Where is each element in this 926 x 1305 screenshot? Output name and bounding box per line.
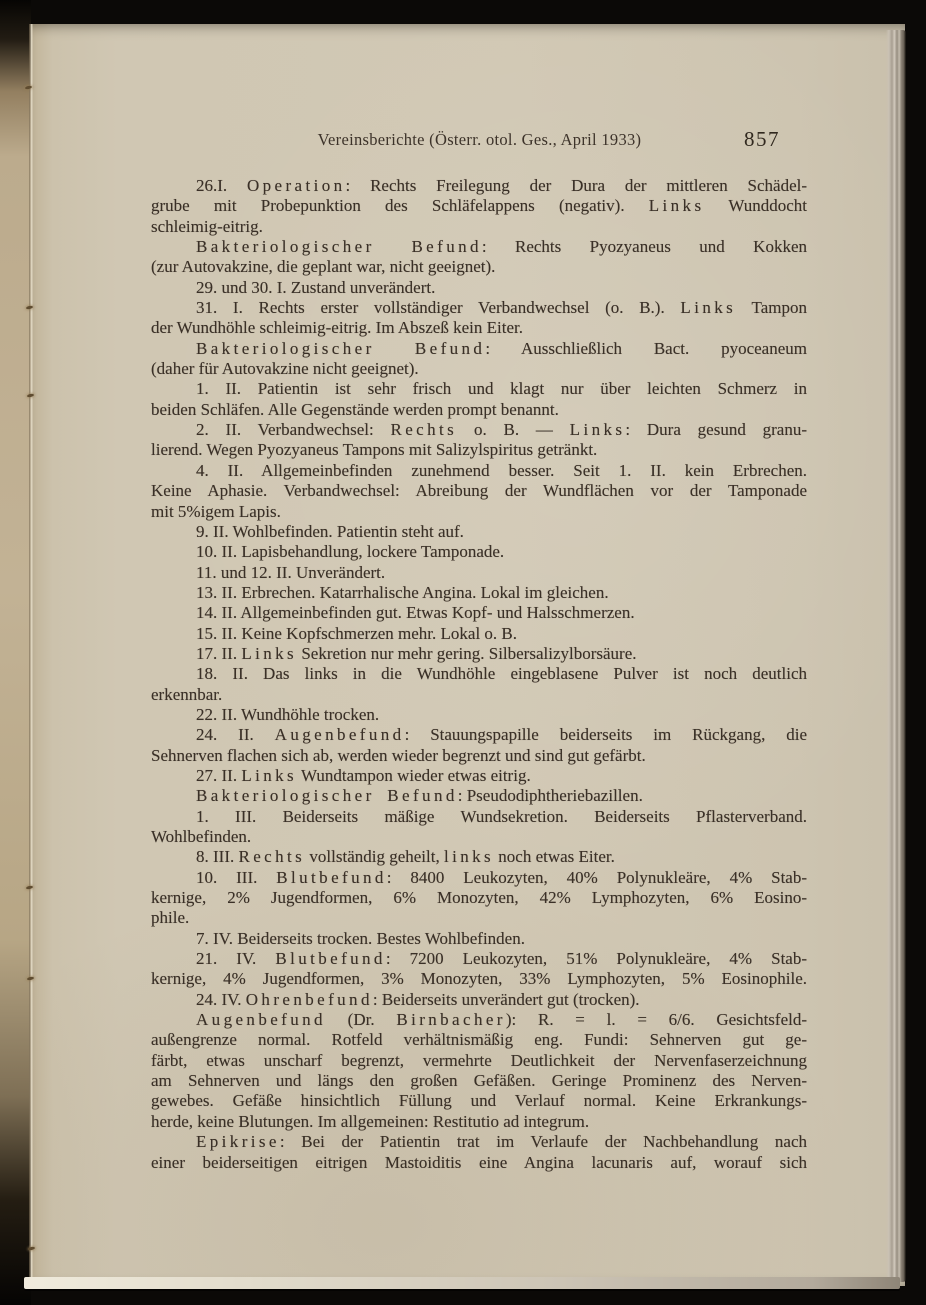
text-line: kernige, 4% Jugendformen, 3% Monozyten, … xyxy=(151,969,807,989)
text-line: beiden Schläfen. Alle Gegenstände werden… xyxy=(151,400,807,420)
text-line: 7. IV. Beiderseits trocken. Bestes Wohlb… xyxy=(151,929,807,949)
binding-crease xyxy=(29,24,33,1286)
letterspaced-text-segment: Links xyxy=(241,766,297,785)
text-segment: Sekretion nur mehr gering. Silbersalizyl… xyxy=(297,644,636,663)
text-line: 1. II. Patientin ist sehr frisch und kla… xyxy=(151,379,807,399)
text-segment: 2. II. Verbandwechsel: xyxy=(196,420,391,439)
text-segment: noch etwas Eiter. xyxy=(494,847,615,866)
text-segment: vollständig geheilt, xyxy=(305,847,444,866)
page-header: Vereinsberichte (Österr. otol. Ges., Apr… xyxy=(151,130,808,154)
text-line: 1. III. Beiderseits mäßige Wundsekretion… xyxy=(151,807,807,827)
letterspaced-text-segment: Augenbefund xyxy=(196,1010,326,1029)
text-segment: 8. III. xyxy=(196,847,238,866)
text-line: Keine Aphasie. Verbandwechsel: Abreibung… xyxy=(151,481,807,501)
letterspaced-text-segment: Links xyxy=(680,298,736,317)
text-segment: : 7200 Leukozyten, 51% Polynukleäre, 4% … xyxy=(386,949,807,968)
letterspaced-text-segment: Blutbefund xyxy=(276,868,387,887)
text-segment: 24. IV. xyxy=(196,990,246,1009)
text-segment: : Dura gesund granu- xyxy=(625,420,807,439)
text-segment: schleimig-eitrig. xyxy=(151,217,263,236)
running-title: Vereinsberichte (Österr. otol. Ges., Apr… xyxy=(151,130,808,150)
text-segment: lierend. Wegen Pyozyaneus Tampons mit Sa… xyxy=(151,440,597,459)
letterspaced-text-segment: Ohrenbefund xyxy=(246,990,373,1009)
text-line: 8. III. Rechts vollständig geheilt, link… xyxy=(151,847,807,867)
text-segment: Wohlbefinden. xyxy=(151,827,251,846)
letterspaced-text-segment: Links xyxy=(241,644,297,663)
text-segment: 22. II. Wundhöhle trocken. xyxy=(196,705,379,724)
text-line: 29. und 30. I. Zustand unverändert. xyxy=(151,278,807,298)
letterspaced-text-segment: Bakteriologischer Befund xyxy=(196,786,458,805)
page-bottom-edge xyxy=(24,1277,900,1289)
letterspaced-text-segment: Blutbefund xyxy=(275,949,386,968)
text-line: Bakteriologischer Befund: Pseudodiphther… xyxy=(151,786,807,806)
text-line: 13. II. Erbrechen. Katarrhalische Angina… xyxy=(151,583,807,603)
text-line: gewebes. Gefäße hinsichtlich Füllung und… xyxy=(151,1091,807,1111)
text-segment: Sehnerven flachen sich ab, werden wieder… xyxy=(151,746,646,765)
letterspaced-text-segment: Rechts xyxy=(238,847,305,866)
text-segment: beiden Schläfen. Alle Gegenstände werden… xyxy=(151,400,559,419)
text-segment: gewebes. Gefäße hinsichtlich Füllung und… xyxy=(151,1091,807,1110)
text-line: 22. II. Wundhöhle trocken. xyxy=(151,705,807,725)
text-segment: mit 5%igem Lapis. xyxy=(151,502,281,521)
text-line: Epikrise: Bei der Patientin trat im Verl… xyxy=(151,1132,807,1152)
page-edge-stack xyxy=(886,30,906,1282)
text-segment: phile. xyxy=(151,908,189,927)
text-line: kernige, 2% Jugendformen, 6% Monozyten, … xyxy=(151,888,807,908)
text-line: (zur Autovakzine, die geplant war, nicht… xyxy=(151,257,807,277)
text-segment: (zur Autovakzine, die geplant war, nicht… xyxy=(151,257,495,276)
letterspaced-text-segment: Epikrise xyxy=(196,1132,280,1151)
text-segment: : Pseudodiphtheriebazillen. xyxy=(458,786,643,805)
text-line: 31. I. Rechts erster vollständiger Verba… xyxy=(151,298,807,318)
text-line: 21. IV. Blutbefund: 7200 Leukozyten, 51%… xyxy=(151,949,807,969)
text-line: einer beiderseitigen eitrigen Mastoiditi… xyxy=(151,1153,807,1173)
text-segment: Keine Aphasie. Verbandwechsel: Abreibung… xyxy=(151,481,807,500)
text-line: 24. IV. Ohrenbefund: Beiderseits unverän… xyxy=(151,990,807,1010)
text-segment: am Sehnerven und längs den großen Gefäße… xyxy=(151,1071,807,1090)
text-line: färbt, etwas unscharf begrenzt, vermehrt… xyxy=(151,1051,807,1071)
text-line: 15. II. Keine Kopfschmerzen mehr. Lokal … xyxy=(151,624,807,644)
text-line: Wohlbefinden. xyxy=(151,827,807,847)
text-line: Bakteriologischer Befund: Ausschließlich… xyxy=(151,339,807,359)
text-line: Sehnerven flachen sich ab, werden wieder… xyxy=(151,746,807,766)
text-segment: 27. II. xyxy=(196,766,241,785)
letterspaced-text-segment: Birnbacher xyxy=(396,1010,506,1029)
text-segment: 29. und 30. I. Zustand unverändert. xyxy=(196,278,435,297)
text-segment: 26.I. xyxy=(196,176,247,195)
text-segment: 1. II. Patientin ist sehr frisch und kla… xyxy=(196,379,807,398)
text-segment: 10. II. Lapisbehandlung, lockere Tampona… xyxy=(196,542,504,561)
text-segment: der Wundhöhle schleimig-eitrig. Im Absze… xyxy=(151,318,523,337)
text-segment: : 8400 Leukozyten, 40% Polynukleäre, 4% … xyxy=(387,868,807,887)
text-line: 10. II. Lapisbehandlung, lockere Tampona… xyxy=(151,542,807,562)
text-line: 17. II. Links Sekretion nur mehr gering.… xyxy=(151,644,807,664)
text-segment: 10. III. xyxy=(196,868,276,887)
text-line: Augenbefund (Dr. Birnbacher): R. = l. = … xyxy=(151,1010,807,1030)
letterspaced-text-segment: Links xyxy=(649,196,705,215)
text-line: herde, keine Blutungen. Im allgemeinen: … xyxy=(151,1112,807,1132)
letterspaced-text-segment: Rechts xyxy=(391,420,458,439)
text-line: außengrenze normal. Rotfeld verhältnismä… xyxy=(151,1030,807,1050)
text-line: 9. II. Wohlbefinden. Patientin steht auf… xyxy=(151,522,807,542)
page-number: 857 xyxy=(744,127,780,152)
text-segment: : Bei der Patientin trat im Verlaufe der… xyxy=(280,1132,807,1151)
text-segment: : Stauungspapille beiderseits im Rückgan… xyxy=(405,725,807,744)
letterspaced-text-segment: Bakteriologischer Befund xyxy=(196,237,482,256)
text-segment: färbt, etwas unscharf begrenzt, vermehrt… xyxy=(151,1051,807,1070)
text-line: Bakteriologischer Befund: Rechts Pyozyan… xyxy=(151,237,807,257)
text-line: 18. II. Das links in die Wundhöhle einge… xyxy=(151,664,807,684)
text-segment: 9. II. Wohlbefinden. Patientin steht auf… xyxy=(196,522,464,541)
text-line: 2. II. Verbandwechsel: Rechts o. B. — Li… xyxy=(151,420,807,440)
text-segment: : Ausschließlich Bact. pyoceaneum xyxy=(485,339,807,358)
letterspaced-text-segment: links xyxy=(444,847,494,866)
text-segment: : Rechts Freilegung der Dura der mittler… xyxy=(346,176,807,195)
text-line: mit 5%igem Lapis. xyxy=(151,502,807,522)
text-segment: Tampon xyxy=(736,298,807,317)
text-line: 24. II. Augenbefund: Stauungspapille bei… xyxy=(151,725,807,745)
text-segment: (Dr. xyxy=(326,1010,396,1029)
text-segment: 11. und 12. II. Unverändert. xyxy=(196,563,385,582)
letterspaced-text-segment: Bakteriologischer Befund xyxy=(196,339,485,358)
text-line: 26.I. Operation: Rechts Freilegung der D… xyxy=(151,176,807,196)
text-segment: 21. IV. xyxy=(196,949,275,968)
text-line: lierend. Wegen Pyozyaneus Tampons mit Sa… xyxy=(151,440,807,460)
text-segment: ): R. = l. = 6/6. Gesichtsfeld- xyxy=(506,1010,807,1029)
text-segment: grube mit Probepunktion des Schläfelappe… xyxy=(151,196,649,215)
text-line: am Sehnerven und längs den großen Gefäße… xyxy=(151,1071,807,1091)
text-segment: einer beiderseitigen eitrigen Mastoiditi… xyxy=(151,1153,807,1172)
text-segment: 7. IV. Beiderseits trocken. Bestes Wohlb… xyxy=(196,929,525,948)
text-segment: 24. II. xyxy=(196,725,275,744)
text-line: 14. II. Allgemeinbefinden gut. Etwas Kop… xyxy=(151,603,807,623)
text-segment: 14. II. Allgemeinbefinden gut. Etwas Kop… xyxy=(196,603,635,622)
text-segment: 13. II. Erbrechen. Katarrhalische Angina… xyxy=(196,583,609,602)
text-segment: 15. II. Keine Kopfschmerzen mehr. Lokal … xyxy=(196,624,517,643)
text-segment: 18. II. Das links in die Wundhöhle einge… xyxy=(196,664,807,683)
text-line: 11. und 12. II. Unverändert. xyxy=(151,563,807,583)
letterspaced-text-segment: Operation xyxy=(247,176,346,195)
text-segment: 31. I. Rechts erster vollständiger Verba… xyxy=(196,298,680,317)
text-line: phile. xyxy=(151,908,807,928)
text-segment: erkennbar. xyxy=(151,685,222,704)
text-segment: 1. III. Beiderseits mäßige Wundsekretion… xyxy=(196,807,807,826)
letterspaced-text-segment: Links xyxy=(570,420,626,439)
text-segment: außengrenze normal. Rotfeld verhältnismä… xyxy=(151,1030,807,1049)
text-segment: kernige, 4% Jugendformen, 3% Monozyten, … xyxy=(151,969,807,988)
book-page: Vereinsberichte (Österr. otol. Ges., Apr… xyxy=(31,24,905,1286)
text-segment: herde, keine Blutungen. Im allgemeinen: … xyxy=(151,1112,589,1131)
text-line: 4. II. Allgemeinbefinden zunehmend besse… xyxy=(151,461,807,481)
text-line: 27. II. Links Wundtampon wieder etwas ei… xyxy=(151,766,807,786)
text-segment: 17. II. xyxy=(196,644,241,663)
text-line: schleimig-eitrig. xyxy=(151,217,807,237)
text-segment: : Beiderseits unverändert gut (trocken). xyxy=(373,990,640,1009)
text-segment: 4. II. Allgemeinbefinden zunehmend besse… xyxy=(196,461,807,480)
book-gutter xyxy=(0,0,31,1305)
text-line: 10. III. Blutbefund: 8400 Leukozyten, 40… xyxy=(151,868,807,888)
text-line: grube mit Probepunktion des Schläfelappe… xyxy=(151,196,807,216)
text-segment: (daher für Autovakzine nicht geeignet). xyxy=(151,359,419,378)
text-segment: Wunddocht xyxy=(704,196,807,215)
text-segment: kernige, 2% Jugendformen, 6% Monozyten, … xyxy=(151,888,807,907)
text-line: erkennbar. xyxy=(151,685,807,705)
text-block: 26.I. Operation: Rechts Freilegung der D… xyxy=(151,176,807,1173)
text-line: (daher für Autovakzine nicht geeignet). xyxy=(151,359,807,379)
text-line: der Wundhöhle schleimig-eitrig. Im Absze… xyxy=(151,318,807,338)
scanner-background: Vereinsberichte (Österr. otol. Ges., Apr… xyxy=(0,0,926,1305)
text-segment: : Rechts Pyozyaneus und Kokken xyxy=(482,237,807,256)
text-segment: o. B. — xyxy=(457,420,569,439)
letterspaced-text-segment: Augenbefund xyxy=(275,725,405,744)
text-segment: Wundtampon wieder etwas eitrig. xyxy=(297,766,531,785)
